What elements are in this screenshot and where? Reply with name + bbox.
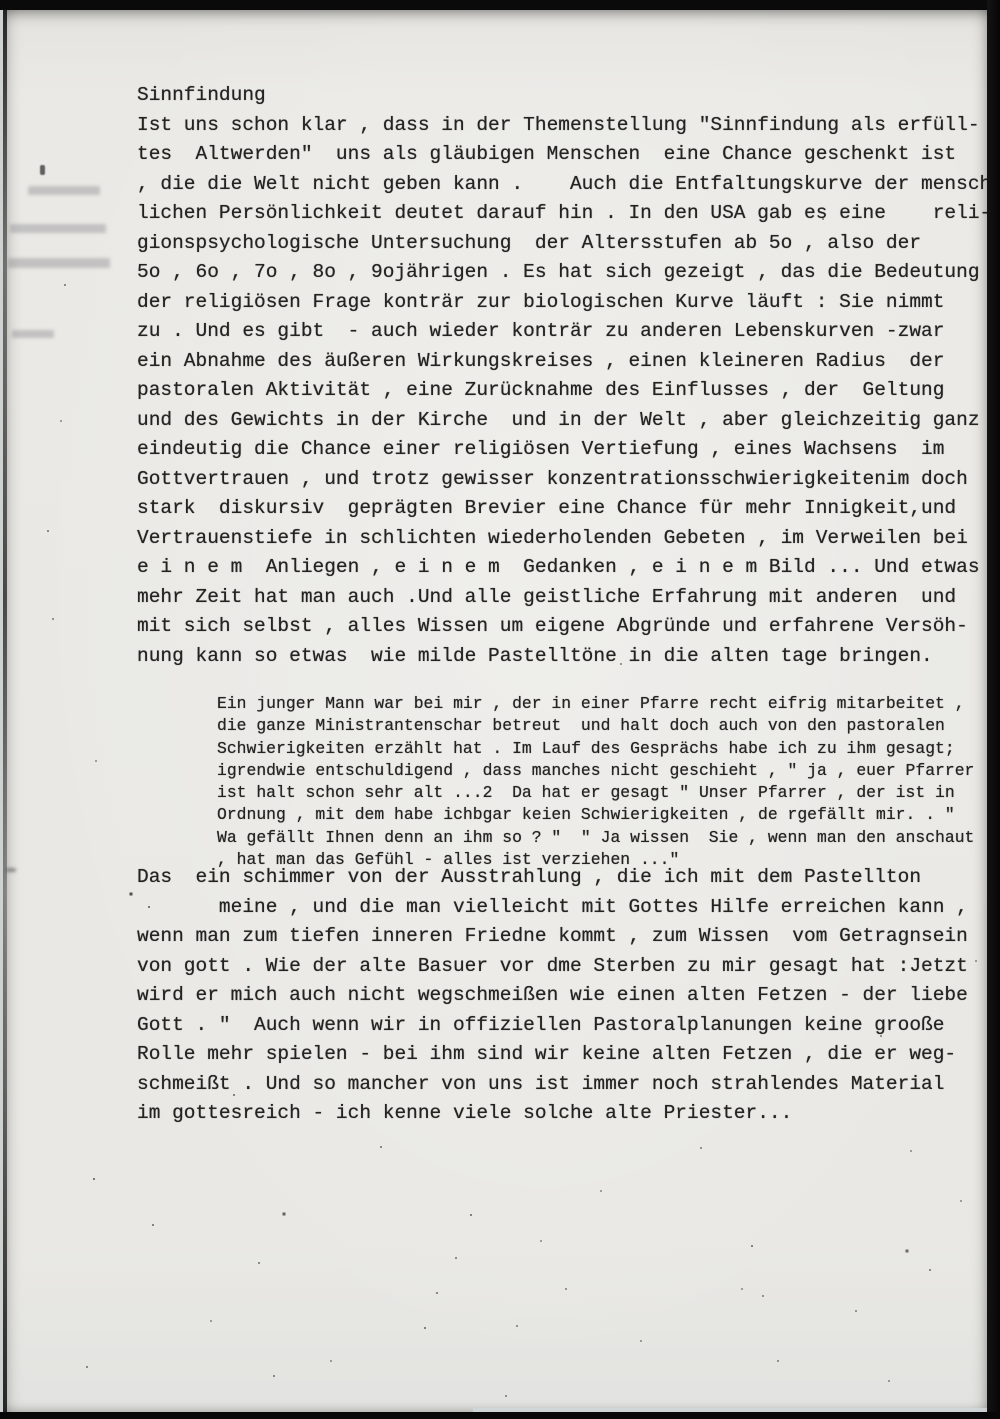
scan-bottom-border: [0, 1412, 1000, 1419]
scan-top-border: [0, 0, 1000, 10]
indented-block-quote: Ein junger Mann war bei mir , der in ein…: [217, 693, 974, 871]
ink-bleed-smudge: [28, 186, 100, 195]
paper-sheet: Sinnfindung Ist uns schon klar , dass in…: [3, 10, 987, 1412]
ink-bleed-smudge: [8, 258, 110, 268]
ink-mark: [6, 868, 16, 872]
ink-bleed-smudge: [10, 224, 106, 233]
scan-left-fold-line: [3, 10, 7, 1412]
ink-mark: [40, 165, 45, 175]
scanned-typewritten-page: Sinnfindung Ist uns schon klar , dass in…: [0, 0, 1000, 1419]
body-paragraph-1: Ist uns schon klar , dass in der Themens…: [137, 111, 987, 672]
document-heading: Sinnfindung: [137, 81, 266, 111]
scan-right-border: [987, 0, 1000, 1419]
body-paragraph-2: Das ein schimmer von der Ausstrahlung , …: [137, 863, 968, 1129]
ink-bleed-smudge: [12, 330, 54, 338]
